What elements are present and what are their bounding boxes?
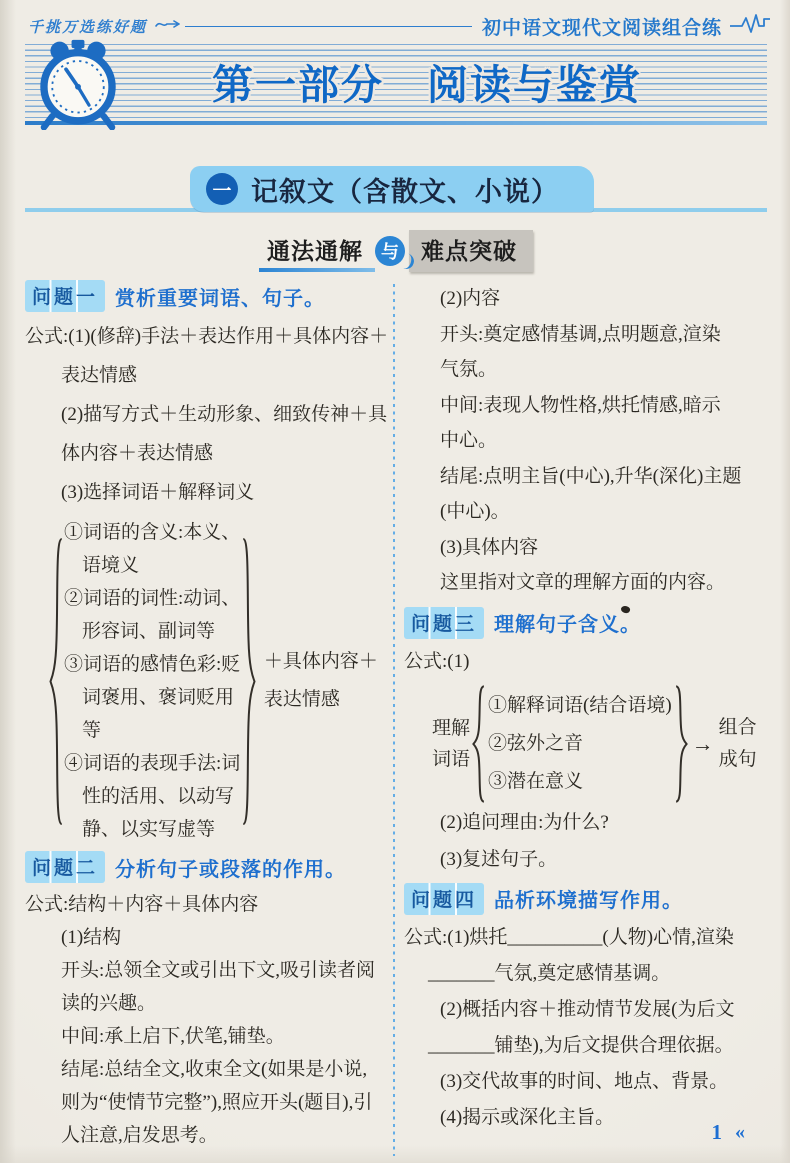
question-badge: 问题三: [404, 607, 484, 639]
text-line: 开头:总领全文或引出下文,吸引读者阅: [25, 954, 389, 987]
question-title: 赏析重要词语、句子。: [115, 282, 325, 311]
text-line: (中心)。: [404, 494, 768, 530]
text-line: _______气氛,奠定感情基调。: [404, 956, 768, 992]
question-2-heading: 问题二 分析句子或段落的作用。: [25, 852, 389, 882]
text-line: 体内容＋表达情感: [25, 434, 389, 473]
question-2-body-left: 公式:结构＋内容＋具体内容(1)结构开头:总领全文或引出下文,吸引读者阅读的兴趣…: [25, 888, 389, 1152]
method-right-label: 难点突破: [409, 230, 533, 272]
question-title: 理解句子含义。: [494, 608, 641, 637]
head-rule: [185, 26, 472, 27]
diagram-label: 理解词语: [430, 713, 472, 775]
question-title: 品析环境描写作用。: [494, 884, 683, 913]
part-title: 第一部分 阅读与鉴赏: [212, 52, 642, 111]
question-4-heading: 问题四 品析环境描写作用。: [404, 884, 768, 914]
section-tab: 一 记叙文（含散文、小说）: [190, 166, 594, 212]
text-line: (2)内容: [404, 281, 768, 317]
question-4-body: 公式:(1)烘托__________(人物)心情,渲染_______气氛,奠定感…: [404, 920, 768, 1136]
guillemet-icon: «: [735, 1121, 745, 1144]
page-number: 1: [712, 1120, 723, 1145]
brace-item: ②弦外之音: [488, 725, 672, 763]
text-line: 中间:表现人物性格,烘托情感,暗示: [404, 388, 768, 424]
text-line: 则为“使情节完整”),照应开头(题目),引: [25, 1086, 389, 1119]
heartbeat-icon: [730, 13, 770, 40]
section-number-circle: 一: [206, 173, 238, 205]
banner-bottom-rule: [25, 121, 767, 125]
question-badge: 问题四: [404, 883, 484, 915]
method-left-label: 通法通解: [257, 231, 371, 271]
text-line: (1)结构: [25, 921, 389, 954]
question-badge: 问题二: [25, 851, 105, 883]
right-column: (2)内容开头:奠定感情基调,点明题意,渲染气氛。中间:表现人物性格,烘托情感,…: [404, 281, 768, 1136]
right-brace: [674, 684, 688, 804]
text-line: 中间:承上启下,伏笔,铺垫。: [25, 1020, 389, 1053]
alarm-clock-icon: [30, 38, 126, 135]
brace-item: ①解释词语(结合语境): [488, 687, 672, 725]
text-line: (2)描写方式＋生动形象、细致传神＋具: [25, 395, 389, 434]
left-brace: [49, 533, 64, 830]
brace-items: ①解释词语(结合语境)②弦外之音③潜在意义: [488, 687, 672, 801]
text-line: _______铺垫),为后文提供合理依据。: [404, 1028, 768, 1064]
question-2-body-right: (2)内容开头:奠定感情基调,点明题意,渲染气氛。中间:表现人物性格,烘托情感,…: [404, 281, 768, 601]
question-1-heading: 问题一 赏析重要词语、句子。: [25, 281, 389, 311]
text-line: (3)交代故事的时间、地点、背景。: [404, 1064, 768, 1100]
text-line: (3)具体内容: [404, 530, 768, 566]
wavy-arrow-icon: [155, 17, 183, 36]
slogan-text: 千挑万选练好题: [28, 16, 147, 37]
page-footer: 1 «: [712, 1120, 746, 1145]
text-line: (2)概括内容＋推动情节发展(为后文: [404, 992, 768, 1028]
formula-line: 公式:(1): [404, 644, 768, 680]
sentence-meaning-brace-diagram: 理解词语 ①解释词语(结合语境)②弦外之音③潜在意义 → 组合成句: [430, 684, 768, 804]
text-line: 开头:奠定感情基调,点明题意,渲染: [404, 317, 768, 353]
text-line: (2)追问理由:为什么?: [404, 804, 768, 841]
text-line: 结尾:总结全文,收束全文(如果是小说,: [25, 1053, 389, 1086]
brace-items: ①词语的含义:本义、语境义②词语的词性:动词、形容词、副词等③词语的感情色彩:贬…: [64, 516, 241, 846]
question-title: 分析句子或段落的作用。: [115, 853, 346, 882]
brace-item: ①词语的含义:本义、语境义: [64, 516, 241, 582]
brace-result: ＋具体内容＋表达情感: [264, 643, 389, 719]
brace-item: ②词语的词性:动词、形容词、副词等: [64, 582, 241, 648]
left-brace: [472, 684, 486, 804]
question-1-body: 公式:(1)(修辞)手法＋表达作用＋具体内容＋表达情感(2)描写方式＋生动形象、…: [25, 317, 389, 512]
text-line: 结尾:点明主旨(中心),升华(深化)主题: [404, 459, 768, 495]
left-column: 问题一 赏析重要词语、句子。 公式:(1)(修辞)手法＋表达作用＋具体内容＋表达…: [25, 281, 389, 1152]
book-title: 初中语文现代文阅读组合练: [482, 13, 722, 40]
method-banner: 通法通解 与 难点突破: [257, 230, 533, 272]
text-line: 公式:(1)烘托__________(人物)心情,渲染: [404, 920, 768, 956]
text-line: 表达情感: [25, 356, 389, 395]
section-title: 记叙文（含散文、小说）: [251, 170, 559, 209]
text-line: 公式:结构＋内容＋具体内容: [25, 888, 389, 921]
text-line: 人注意,启发思考。: [25, 1119, 389, 1152]
right-brace: [241, 533, 256, 830]
column-divider: [393, 284, 395, 1156]
text-line: (3)复述句子。: [404, 841, 768, 878]
brace-item: ③词语的感情色彩:贬词褒用、褒词贬用等: [64, 648, 241, 747]
text-line: 公式:(1)(修辞)手法＋表达作用＋具体内容＋: [25, 317, 389, 356]
text-line: 中心。: [404, 423, 768, 459]
word-analysis-brace-diagram: ①词语的含义:本义、语境义②词语的词性:动词、形容词、副词等③词语的感情色彩:贬…: [49, 516, 389, 846]
brace-item: ④词语的表现手法:词性的活用、以动写静、以实写虚等: [64, 747, 241, 846]
text-line: (3)选择词语＋解释词义: [25, 473, 389, 512]
running-head: 千挑万选练好题 初中语文现代文阅读组合练: [28, 13, 770, 40]
question-badge: 问题一: [25, 280, 105, 312]
brace-result: 组合成句: [716, 712, 760, 776]
text-line: 读的兴趣。: [25, 987, 389, 1020]
text-line: 气氛。: [404, 352, 768, 388]
conjunction-circle: 与: [375, 236, 405, 266]
brace-item: ③潜在意义: [488, 763, 672, 801]
text-line: 这里指对文章的理解方面的内容。: [404, 565, 768, 601]
question-3-heading: 问题三 理解句子含义。: [404, 608, 768, 638]
scanned-textbook-page: 千挑万选练好题 初中语文现代文阅读组合练 第一部分 阅读与鉴赏 一: [0, 0, 790, 1163]
question-3-body: (2)追问理由:为什么?(3)复述句子。: [404, 804, 768, 878]
arrow-icon: →: [692, 731, 714, 757]
